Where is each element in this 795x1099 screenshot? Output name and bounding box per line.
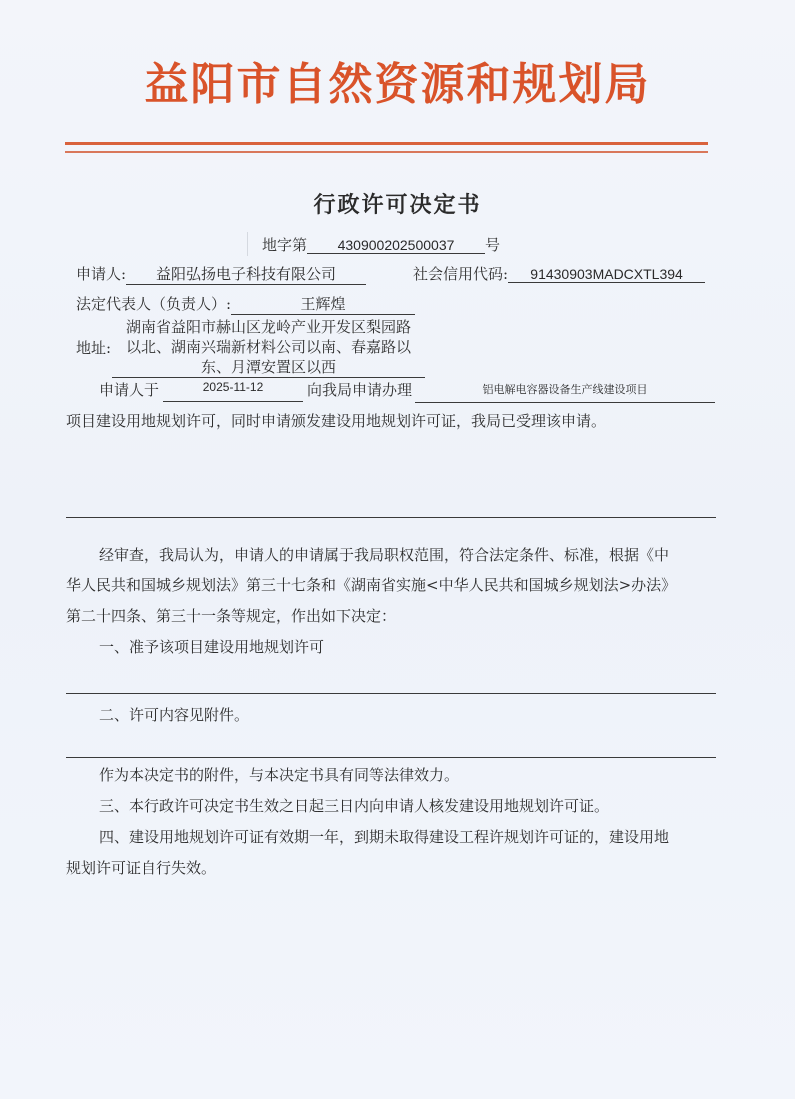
decision-item-4-line-1: 四、建设用地规划许可证有效期一年，到期未取得建设工程许规划许可证的，建设用地	[99, 830, 669, 845]
review-paragraph-line-1: 经审查，我局认为，申请人的申请属于我局职权范围，符合法定条件、标准，根据《中	[99, 548, 669, 563]
letterhead-rule-thin	[65, 151, 708, 153]
file-number-prefix: 地字第	[262, 236, 307, 254]
document-page: 益阳市自然资源和规划局 行政许可决定书 地字第430900202500037号 …	[0, 0, 795, 1099]
file-number-value: 430900202500037	[307, 237, 485, 254]
attachment-note: 作为本决定书的附件，与本决定书具有同等法律效力。	[99, 768, 459, 783]
scan-artifact	[247, 232, 248, 256]
applicant-label: 申请人:	[76, 265, 126, 283]
credit-code-label: 社会信用代码:	[413, 265, 508, 283]
credit-code-value: 91430903MADCXTL394	[508, 266, 705, 283]
decision-item-4-line-2: 规划许可证自行失效。	[66, 861, 216, 876]
decision-item-3: 三、本行政许可决定书生效之日起三日内向申请人核发建设用地规划许可证。	[99, 799, 609, 814]
document-title: 行政许可决定书	[0, 188, 795, 219]
decision-item-1: 一、准予该项目建设用地规划许可	[99, 640, 324, 655]
legal-rep-value: 王辉煌	[231, 293, 415, 315]
address-line-2: 以北、湖南兴瑞新材料公司以南、春嘉路以	[112, 337, 425, 357]
address-line-1: 湖南省益阳市赫山区龙岭产业开发区梨园路	[112, 317, 425, 337]
address-value: 湖南省益阳市赫山区龙岭产业开发区梨园路 以北、湖南兴瑞新材料公司以南、春嘉路以 …	[112, 317, 425, 378]
file-number-row: 地字第430900202500037号	[262, 234, 500, 255]
review-paragraph-line-3: 第二十四条、第三十一条等规定，作出如下决定：	[66, 609, 396, 624]
file-number-suffix: 号	[485, 236, 500, 254]
application-date: 2025-11-12	[163, 380, 303, 402]
address-label: 地址:	[76, 337, 111, 358]
credit-code-row: 社会信用代码:91430903MADCXTL394	[413, 263, 705, 284]
address-line-3: 东、月潭安置区以西	[112, 357, 425, 377]
blank-rule-2	[66, 693, 716, 694]
decision-item-2: 二、许可内容见附件。	[99, 708, 249, 723]
applicant-row: 申请人:益阳弘扬电子科技有限公司	[76, 263, 366, 285]
application-project: 铝电解电容器设备生产线建设项目	[415, 381, 715, 403]
legal-rep-row: 法定代表人（负责人）:王辉煌	[76, 293, 415, 315]
applicant-value: 益阳弘扬电子科技有限公司	[126, 263, 366, 285]
application-prefix: 申请人于	[99, 379, 159, 400]
agency-letterhead: 益阳市自然资源和规划局	[0, 48, 795, 112]
application-continuation: 项目建设用地规划许可，同时申请颁发建设用地规划许可证，我局已受理该申请。	[66, 414, 606, 429]
blank-rule-1	[66, 517, 716, 518]
review-paragraph-line-2: 华人民共和国城乡规划法》第三十七条和《湖南省实施<中华人民共和国城乡规划法>办法…	[66, 578, 676, 593]
blank-rule-3	[66, 757, 716, 758]
letterhead-rule-thick	[65, 142, 708, 145]
legal-rep-label: 法定代表人（负责人）:	[76, 295, 231, 313]
application-middle: 向我局申请办理	[307, 379, 412, 400]
